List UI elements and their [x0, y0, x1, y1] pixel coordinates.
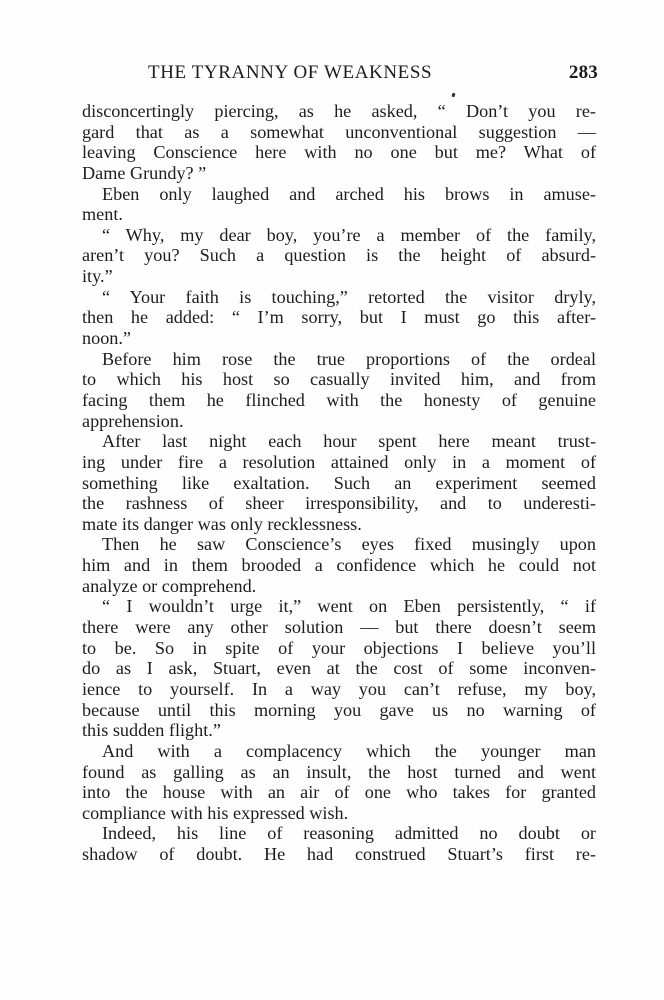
running-head-title: THE TYRANNY OF WEAKNESS: [148, 62, 432, 84]
text-line: ing under fire a resolution attained onl…: [82, 452, 596, 473]
text-line: Before him rose the true proportions of …: [82, 349, 596, 370]
text-line: ity.”: [82, 266, 596, 287]
text-line: “ Why, my dear boy, you’re a member of t…: [82, 225, 596, 246]
print-speck: [451, 93, 455, 98]
text-line: After last night each hour spent here me…: [82, 431, 596, 452]
text-line: do as I ask, Stuart, even at the cost of…: [82, 658, 596, 679]
text-line: “ Your faith is touching,” retorted the …: [82, 287, 596, 308]
text-line: disconcertingly piercing, as he asked, “…: [82, 101, 596, 122]
text-line: Then he saw Conscience’s eyes fixed musi…: [82, 534, 596, 555]
text-line: Dame Grundy? ”: [82, 163, 596, 184]
book-page: THE TYRANNY OF WEAKNESS 283 disconcertin…: [0, 0, 664, 1000]
text-line: something like exaltation. Such an exper…: [82, 473, 596, 494]
text-line: compliance with his expressed wish.: [82, 803, 596, 824]
text-line: into the house with an air of one who ta…: [82, 782, 596, 803]
page-number: 283: [569, 62, 598, 84]
text-line: the rashness of sheer irresponsibility, …: [82, 493, 596, 514]
text-line: there were any other solution — but ther…: [82, 617, 596, 638]
text-line: this sudden flight.”: [82, 720, 596, 741]
text-line: gard that as a somewhat unconventional s…: [82, 122, 596, 143]
running-head: THE TYRANNY OF WEAKNESS 283: [148, 62, 598, 86]
text-line: And with a complacency which the younger…: [82, 741, 596, 762]
text-line: analyze or comprehend.: [82, 576, 596, 597]
text-line: “ I wouldn’t urge it,” went on Eben pers…: [82, 596, 596, 617]
text-line: shadow of doubt. He had construed Stuart…: [82, 844, 596, 865]
text-line: mate its danger was only recklessness.: [82, 514, 596, 535]
body-text: disconcertingly piercing, as he asked, “…: [82, 101, 596, 865]
text-line: facing them he flinched with the honesty…: [82, 390, 596, 411]
text-line: ience to yourself. In a way you can’t re…: [82, 679, 596, 700]
text-line: then he added: “ I’m sorry, but I must g…: [82, 307, 596, 328]
text-line: because until this morning you gave us n…: [82, 700, 596, 721]
text-line: to which his host so casually invited hi…: [82, 369, 596, 390]
text-line: found as galling as an insult, the host …: [82, 762, 596, 783]
text-line: leaving Conscience here with no one but …: [82, 142, 596, 163]
text-line: Indeed, his line of reasoning admitted n…: [82, 823, 596, 844]
text-line: ment.: [82, 204, 596, 225]
text-line: him and in them brooded a confidence whi…: [82, 555, 596, 576]
text-line: to be. So in spite of your objections I …: [82, 638, 596, 659]
text-line: aren’t you? Such a question is the heigh…: [82, 245, 596, 266]
text-line: Eben only laughed and arched his brows i…: [82, 184, 596, 205]
text-line: noon.”: [82, 328, 596, 349]
text-line: apprehension.: [82, 411, 596, 432]
